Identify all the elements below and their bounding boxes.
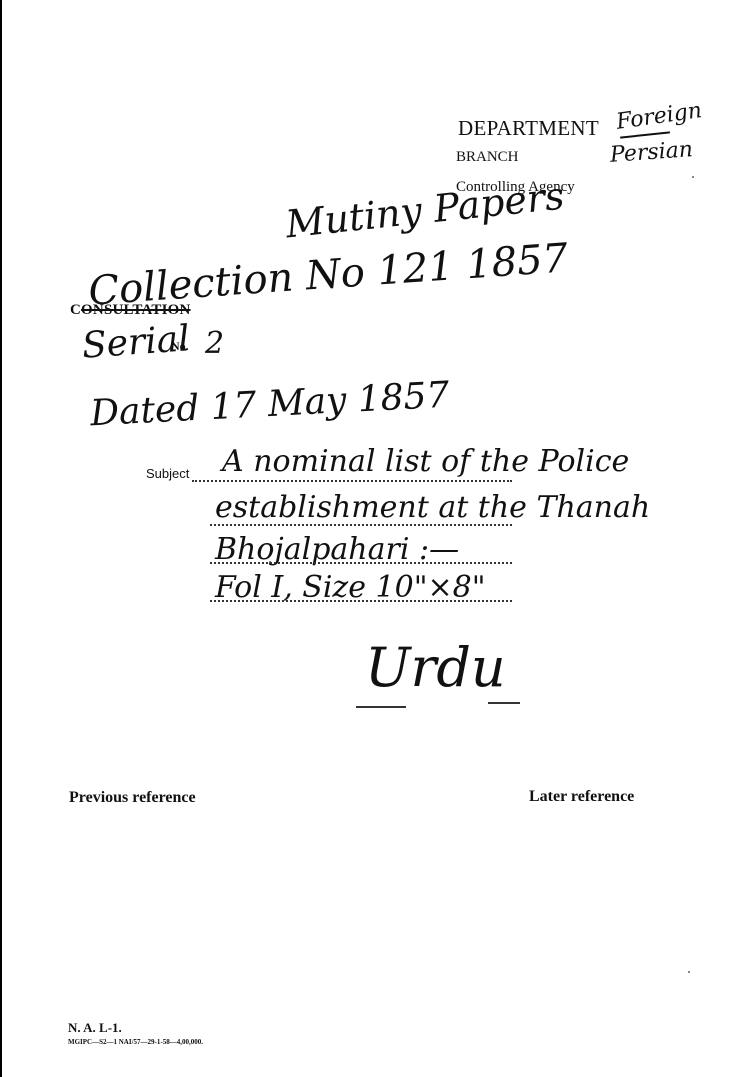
branch-label: BRANCH — [456, 149, 519, 166]
consultation-struck-text: ONSULTATION — [81, 302, 190, 318]
subject-dotted-line-3 — [210, 562, 512, 564]
print-code: MGIPC—S2—1 NAI/57—29-1-58—4,00,000. — [68, 1038, 203, 1046]
collection-title: Mutiny Papers — [283, 173, 566, 246]
scan-speck — [692, 176, 694, 178]
previous-reference-label: Previous reference — [69, 789, 196, 807]
later-reference-label: Later reference — [529, 788, 634, 806]
language-entry: Urdu — [365, 636, 506, 699]
branch-value: Persian — [609, 137, 694, 168]
subject-dotted-line-2 — [210, 524, 512, 526]
language-underline-left — [356, 706, 406, 708]
date-entry: Dated 17 May 1857 — [89, 375, 450, 435]
subject-line-1: A nominal list of the Police — [222, 444, 629, 479]
page-left-border — [0, 0, 2, 1077]
form-number: N. A. L-1. — [68, 1020, 122, 1036]
subject-line-2: establishment at the Thanah — [215, 490, 650, 525]
scan-speck — [688, 971, 690, 973]
serial-no-label: No. — [171, 339, 189, 354]
consultation-initial: C — [70, 302, 81, 318]
subject-dotted-line-4 — [210, 600, 512, 602]
language-underline-right — [488, 702, 520, 704]
consultation-label: CONSULTATION — [70, 302, 191, 319]
subject-label: Subject — [146, 466, 189, 481]
department-label: DEPARTMENT — [458, 116, 599, 141]
serial-number: 2 — [205, 326, 224, 361]
department-value: Foreign — [615, 98, 704, 135]
subject-dotted-line-1 — [192, 480, 512, 482]
